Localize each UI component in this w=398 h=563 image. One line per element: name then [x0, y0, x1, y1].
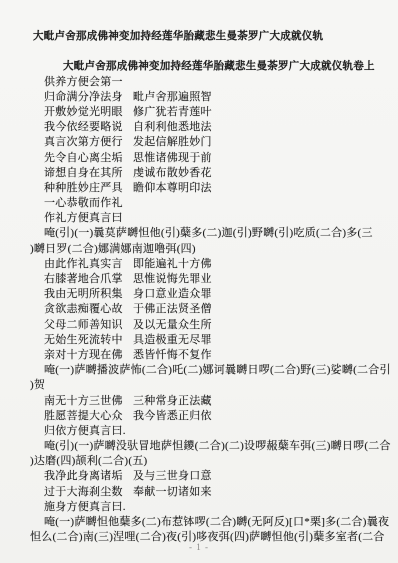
verse-couplet: 谛想自身在其所虔诚布散妙香花 [30, 166, 384, 181]
document-title: 大毗卢舍那成佛神变加持经莲华胎藏悲生曼荼罗广大成就仪轨 [30, 29, 384, 44]
verse-right: 瞻仰本尊明印法 [133, 182, 212, 194]
verse-right: 我今皆悉正归依 [133, 410, 212, 422]
verse-left: 先令自心离尘垢 [44, 151, 133, 166]
verse-right: 修广犹若青莲叶 [133, 106, 212, 118]
verse-left: 谛想自身在其所 [44, 166, 133, 181]
verse-right: 思惟诸佛现于前 [133, 152, 212, 164]
verse-couplet: 过于大海刹尘数奉献一切诸如来 [30, 485, 384, 500]
verse-left: 真言次第方便行 [44, 135, 133, 150]
verse-left: 我由无明所积集 [44, 287, 133, 302]
scanned-page: 大毗卢舍那成佛神变加持经莲华胎藏悲生曼荼罗广大成就仪轨 大毗卢舍那成佛神变加持经… [0, 0, 398, 563]
verse-couplet: 亲对十方现在佛悉皆忏悔不复作 [30, 348, 384, 363]
verse-couplet: 归命满分净法身毗卢舍那遍照智 [30, 90, 384, 105]
prose-line: 施身方便真言曰. [30, 500, 384, 515]
verse-left: 南无十方三世佛 [44, 394, 133, 409]
verse-right: 即能遍礼十方佛 [133, 258, 212, 270]
mantra-line: 唵(引)(一)曩莫萨嚩怛他(引)蘖多(二)迦(引)野嚩(引)吃质(二合)多(三 [30, 226, 384, 241]
mantra-line: 唵(一)萨嚩播波萨怖(二合)吒(二)娜诃曩嚩日啰(二合)野(三)娑嚩(二合引 [30, 363, 384, 378]
verse-left: 开敷妙觉光明眼 [44, 105, 133, 120]
verse-couplet: 开敷妙觉光明眼修广犹若青莲叶 [30, 105, 384, 120]
verse-couplet: 南无十方三世佛三种常身正法藏 [30, 394, 384, 409]
verse-right: 及与三世身口意 [133, 470, 212, 482]
verse-couplet: 右膝著地合爪掌思惟说悔先罪业 [30, 272, 384, 287]
verse-couplet: 贪欲恚痴覆心故于佛正法贤圣僧 [30, 302, 384, 317]
verse-right: 自利利他悉地法 [133, 121, 212, 133]
mantra-line: )贺 [30, 378, 384, 393]
verse-right: 毗卢舍那遍照智 [133, 91, 212, 103]
verse-couplet: 真言次第方便行发起信解胜妙门 [30, 135, 384, 150]
verse-couplet: 种种胜妙庄严具瞻仰本尊明印法 [30, 181, 384, 196]
verse-left: 由此作礼真实言 [44, 257, 133, 272]
verse-left: 亲对十方现在佛 [44, 348, 133, 363]
verse-left: 过于大海刹尘数 [44, 485, 133, 500]
verse-right: 具造极重无尽罪 [133, 334, 212, 346]
blank-line [30, 44, 384, 59]
volume-heading: 大毗卢舍那成佛神变加持经莲华胎藏悲生曼荼罗广大成就仪轨卷上 [30, 59, 384, 74]
verse-couplet: 胜愿菩提大心众我今皆悉正归依 [30, 409, 384, 424]
verse-couplet: 先令自心离尘垢思惟诸佛现于前 [30, 151, 384, 166]
verse-couplet: 我今依经要略说自利利他悉地法 [30, 120, 384, 135]
verse-left: 父母二师善知识 [44, 318, 133, 333]
verse-couplet: 我净此身离诸垢及与三世身口意 [30, 469, 384, 484]
verse-right: 身口意业造众罪 [133, 288, 212, 300]
verse-left: 归命满分净法身 [44, 90, 133, 105]
prose-line: 一心恭敬而作礼 [30, 196, 384, 211]
verse-right: 虔诚布散妙香花 [133, 167, 212, 179]
verse-left: 右膝著地合爪掌 [44, 272, 133, 287]
verse-left: 无始生死流转中 [44, 333, 133, 348]
verse-left: 胜愿菩提大心众 [44, 409, 133, 424]
mantra-line: )达磨(四)颉利(二合)(五) [30, 454, 384, 469]
verse-right: 奉献一切诸如来 [133, 486, 212, 498]
verse-right: 三种常身正法藏 [133, 395, 212, 407]
verse-right: 及以无量众生所 [133, 319, 212, 331]
verse-couplet: 由此作礼真实言即能遍礼十方佛 [30, 257, 384, 272]
verse-couplet: 我由无明所积集身口意业造众罪 [30, 287, 384, 302]
verse-couplet: 父母二师善知识及以无量众生所 [30, 318, 384, 333]
verse-left: 种种胜妙庄严具 [44, 181, 133, 196]
mantra-line: )嚩日罗(二合)娜满娜南迦噜弭(四) [30, 242, 384, 257]
prose-line: 作礼方便真言曰 [30, 211, 384, 226]
verse-left: 我净此身离诸垢 [44, 469, 133, 484]
verse-right: 悉皆忏悔不复作 [133, 349, 212, 361]
section-heading: 供养方便会第一 [30, 75, 384, 90]
verse-couplet: 无始生死流转中具造极重无尽罪 [30, 333, 384, 348]
mantra-line: 唵(一)萨嚩怛他蘖多(二)布惹钵啰(二合)嚩(无阿反)[口*栗]多(二合)曩夜 [30, 515, 384, 530]
verse-right: 于佛正法贤圣僧 [133, 303, 212, 315]
mantra-line: 唵(引)(一)萨嚩没驮冒地萨怛鑁(二合)(二)设啰赧蘖车弭(三)嚩日啰(二合 [30, 439, 384, 454]
verse-left: 我今依经要略说 [44, 120, 133, 135]
verse-right: 发起信解胜妙门 [133, 136, 212, 148]
page-number: - 1 - [0, 542, 398, 552]
verse-left: 贪欲恚痴覆心故 [44, 302, 133, 317]
prose-line: 归依方便真言曰. [30, 424, 384, 439]
verse-right: 思惟说悔先罪业 [133, 273, 212, 285]
